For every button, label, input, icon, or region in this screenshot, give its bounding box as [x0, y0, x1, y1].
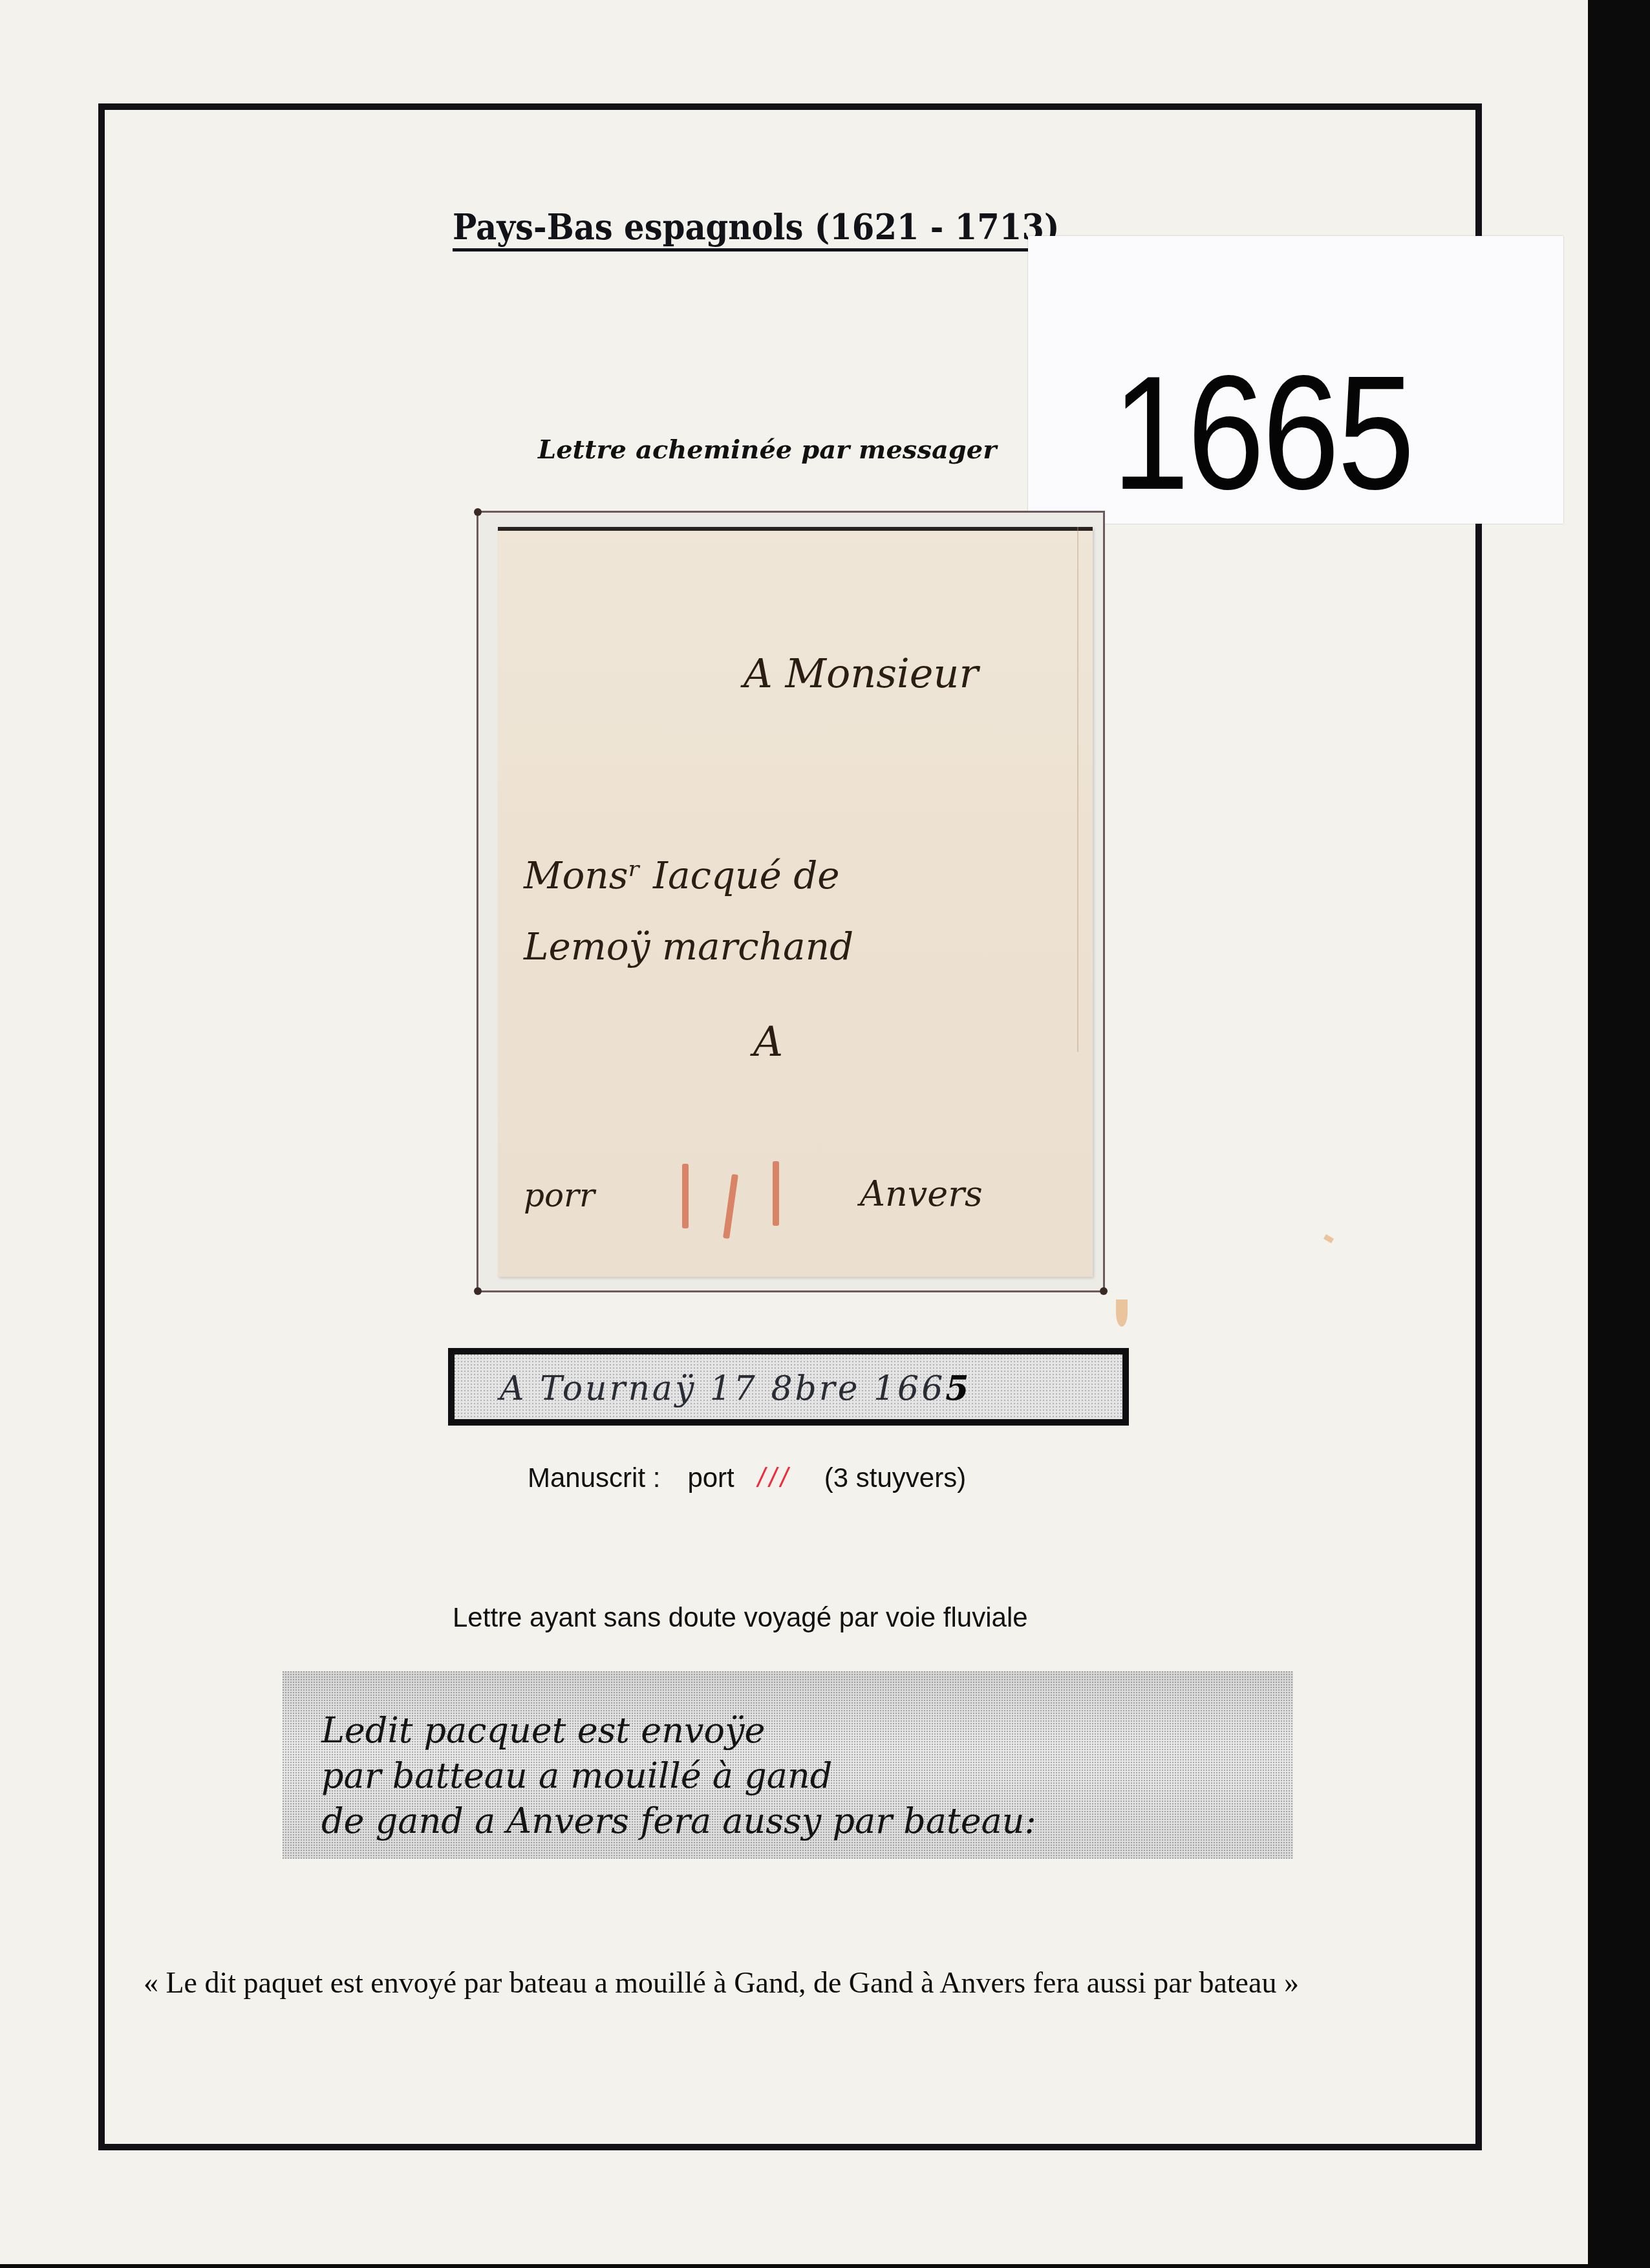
date-strip: A Tournaÿ 17 8bre 1665 — [448, 1348, 1129, 1426]
excerpt-line: de gand a Anvers fera aussy par bateau: — [321, 1801, 1036, 1841]
section-subtitle: Lettre acheminée par messager — [538, 434, 996, 465]
date-handwriting: A Tournaÿ 17 8bre 1665 — [500, 1369, 971, 1408]
address-line: Monsʳ Iacqué de — [524, 853, 840, 897]
river-route-note: Lettre ayant sans doute voyagé par voie … — [453, 1602, 1028, 1633]
handwriting-excerpt: Ledit pacquet est envoÿe par batteau a m… — [283, 1671, 1293, 1859]
address-line: Lemoÿ marchand — [524, 925, 853, 968]
rate-marks: /// — [758, 1462, 792, 1493]
excerpt-line: Ledit pacquet est envoÿe — [321, 1710, 765, 1751]
address-line: A Monsieur — [744, 650, 978, 697]
year-text: 1665 — [1112, 352, 1413, 514]
fold-line — [1077, 527, 1078, 1052]
mount-corner — [474, 1287, 482, 1295]
mount-corner — [474, 508, 482, 516]
rate-marks-crayon — [682, 1164, 798, 1235]
mount-corner — [1100, 1287, 1108, 1295]
rate-note: (3 stuyvers) — [824, 1462, 966, 1493]
postage-note: Manuscrit :port///(3 stuyvers) — [528, 1462, 966, 1493]
manuscrit-label: Manuscrit : — [528, 1462, 660, 1493]
year-label: 1665 — [1028, 236, 1563, 524]
port-handwriting: porr — [524, 1177, 595, 1214]
page-title: Pays-Bas espagnols (1621 - 1713) — [453, 206, 1060, 251]
port-label: port — [687, 1462, 734, 1493]
transcription-quote: « Le dit paquet est envoyé par bateau a … — [144, 1965, 1299, 2000]
destination-city: Anvers — [860, 1173, 983, 1214]
paper-fragment — [1116, 1300, 1128, 1327]
excerpt-line: par batteau a mouillé à gand — [321, 1755, 832, 1796]
album-page: Pays-Bas espagnols (1621 - 1713) 1665 Le… — [0, 0, 1588, 2264]
letter-cover: A Monsieur Monsʳ Iacqué de Lemoÿ marchan… — [498, 527, 1093, 1277]
address-line: A — [753, 1018, 783, 1066]
